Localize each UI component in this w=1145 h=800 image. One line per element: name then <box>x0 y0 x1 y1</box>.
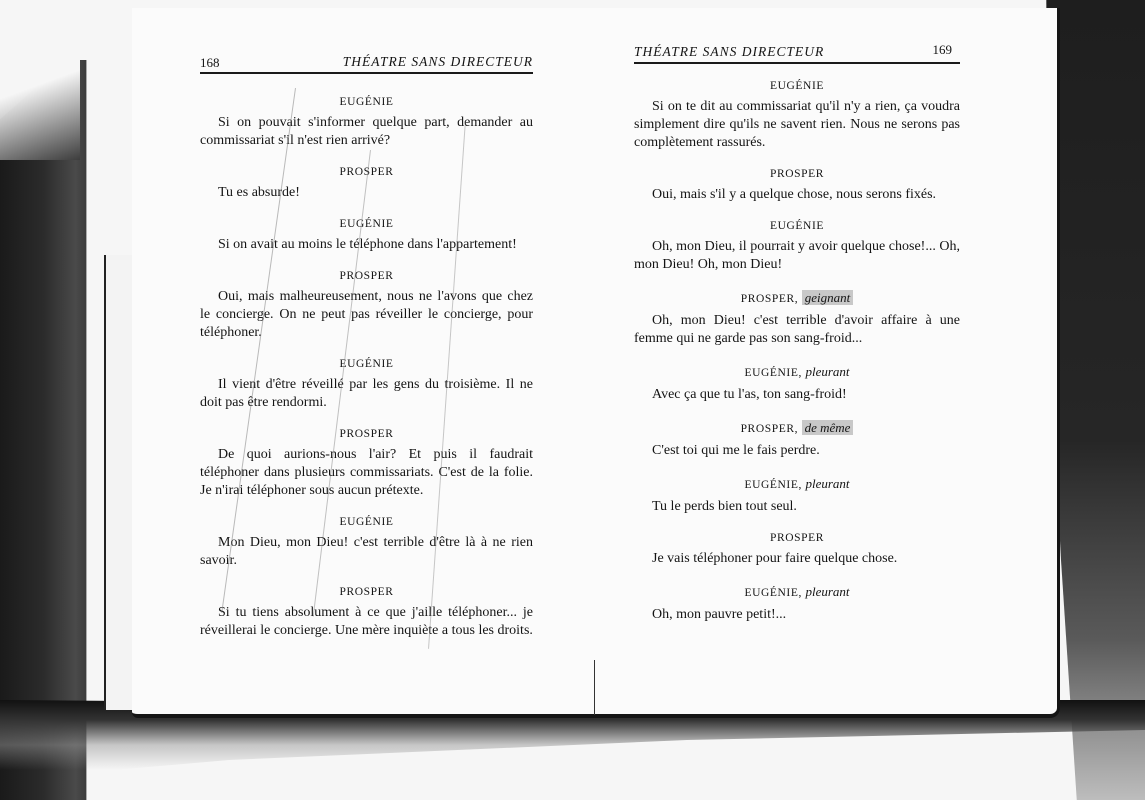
speaker-label: PROSPER <box>770 168 824 180</box>
running-head: 168 THÉATRE SANS DIRECTEUR <box>200 50 533 74</box>
speaker-name: EUGÉNIE, pleurant <box>634 364 960 380</box>
stage-direction: de même <box>802 420 854 435</box>
dialogue-line: De quoi aurions-nous l'air? Et puis il f… <box>200 446 533 500</box>
speaker-label: EUGÉNIE <box>339 96 393 108</box>
speaker-name: PROSPER <box>634 532 960 544</box>
speaker-name: PROSPER <box>200 586 533 598</box>
dialogue-line: Mon Dieu, mon Dieu! c'est terrible d'êtr… <box>200 534 533 570</box>
dialogue-line: Tu le perds bien tout seul. <box>634 498 960 516</box>
speaker-label: EUGÉNIE <box>339 358 393 370</box>
speaker-name: EUGÉNIE <box>634 80 960 92</box>
dialogue-line: Oh, mon Dieu! c'est terrible d'avoir aff… <box>634 312 960 348</box>
page-number: 168 <box>200 55 220 71</box>
speaker-label: PROSPER <box>339 586 393 598</box>
speaker-label: EUGÉNIE <box>744 479 798 491</box>
page-number: 169 <box>933 42 953 58</box>
speaker-name: EUGÉNIE <box>634 220 960 232</box>
dialogue-line: Oh, mon Dieu, il pourrait y avoir quelqu… <box>634 238 960 274</box>
speaker-name: EUGÉNIE <box>200 516 533 528</box>
stage-direction: pleurant <box>805 584 849 599</box>
dialogue-line: Si on te dit au commissariat qu'il n'y a… <box>634 98 960 152</box>
dialogue-line: C'est toi qui me le fais perdre. <box>634 442 960 460</box>
speaker-label: PROSPER <box>339 270 393 282</box>
scan-shadow-left <box>0 60 108 800</box>
dialogue-line: Si on avait au moins le téléphone dans l… <box>200 236 533 254</box>
stage-direction: pleurant <box>805 476 849 491</box>
speaker-label: EUGÉNIE <box>770 80 824 92</box>
speaker-name: EUGÉNIE <box>200 358 533 370</box>
running-head: THÉATRE SANS DIRECTEUR 169 <box>634 40 960 64</box>
stage-direction: pleurant <box>805 364 849 379</box>
dialogue-line: Oui, mais s'il y a quelque chose, nous s… <box>634 186 960 204</box>
speaker-label: EUGÉNIE <box>744 587 798 599</box>
speaker-label: PROSPER <box>741 293 795 305</box>
book-gutter <box>594 660 595 715</box>
dialogue-line: Oui, mais malheureusement, nous ne l'avo… <box>200 288 533 342</box>
dialogue: EUGÉNIESi on te dit au commissariat qu'i… <box>634 80 960 624</box>
running-title: THÉATRE SANS DIRECTEUR <box>634 44 824 60</box>
speaker-label: EUGÉNIE <box>339 218 393 230</box>
dialogue-line: Si tu tiens absolument à ce que j'aille … <box>200 604 533 640</box>
speaker-name: PROSPER, geignant <box>634 290 960 306</box>
left-page: 168 THÉATRE SANS DIRECTEUR EUGÉNIESi on … <box>200 50 533 670</box>
right-page: THÉATRE SANS DIRECTEUR 169 EUGÉNIESi on … <box>634 40 960 660</box>
speaker-label: PROSPER <box>741 423 795 435</box>
speaker-name: EUGÉNIE, pleurant <box>634 584 960 600</box>
dialogue-line: Je vais téléphoner pour faire quelque ch… <box>634 550 960 568</box>
speaker-label: EUGÉNIE <box>339 516 393 528</box>
speaker-name: PROSPER, de même <box>634 420 960 436</box>
speaker-label: PROSPER <box>339 428 393 440</box>
stage-direction: geignant <box>802 290 854 305</box>
dialogue-line: Si on pouvait s'informer quelque part, d… <box>200 114 533 150</box>
dialogue-line: Oh, mon pauvre petit!... <box>634 606 960 624</box>
speaker-name: PROSPER <box>634 168 960 180</box>
speaker-name: EUGÉNIE <box>200 96 533 108</box>
scan-shadow-left-top <box>0 60 80 160</box>
dialogue-line: Avec ça que tu l'as, ton sang-froid! <box>634 386 960 404</box>
speaker-name: EUGÉNIE, pleurant <box>634 476 960 492</box>
speaker-label: PROSPER <box>770 532 824 544</box>
speaker-label: EUGÉNIE <box>770 220 824 232</box>
speaker-name: EUGÉNIE <box>200 218 533 230</box>
running-title: THÉATRE SANS DIRECTEUR <box>343 54 533 70</box>
speaker-label: EUGÉNIE <box>744 367 798 379</box>
speaker-name: PROSPER <box>200 270 533 282</box>
speaker-name: PROSPER <box>200 428 533 440</box>
